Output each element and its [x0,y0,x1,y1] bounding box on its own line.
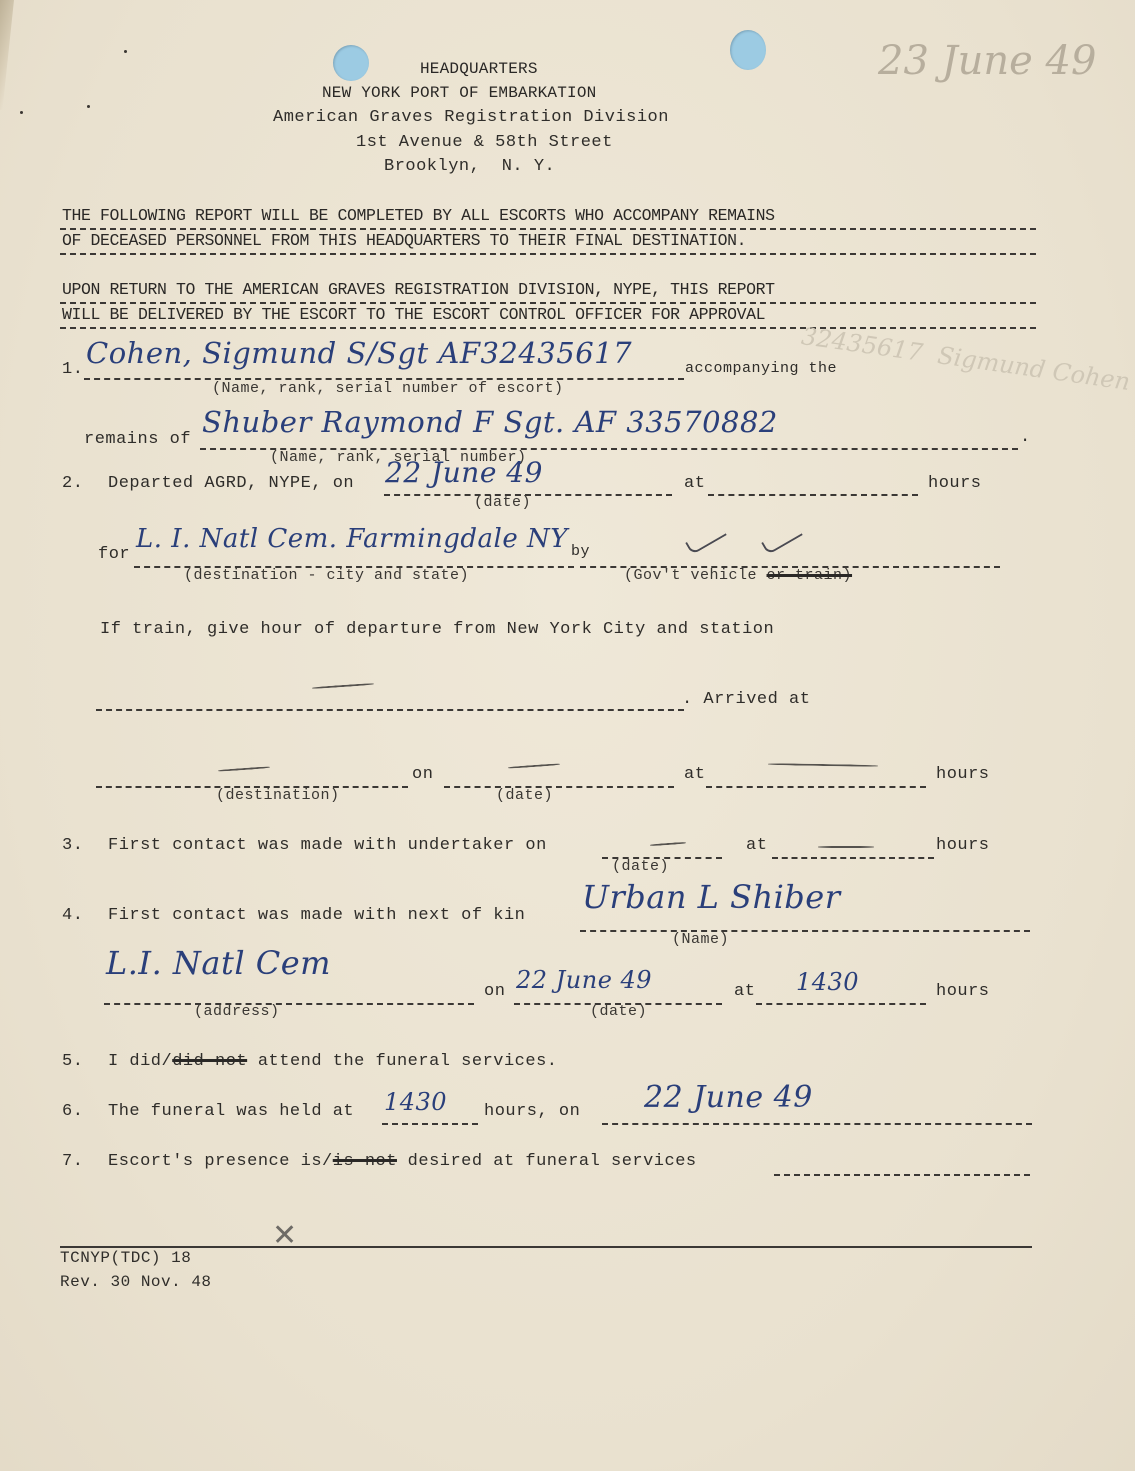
departed-label: Departed AGRD, NYPE, on [108,474,354,493]
form-revision: Rev. 30 Nov. 48 [60,1273,212,1291]
departed-time-underline [708,494,918,496]
punch-hole-right [730,30,766,70]
speck [87,105,90,108]
item1-number: 1. [62,360,83,379]
escort-caption: (Name, rank, serial number of escort) [212,380,564,397]
item6-number: 6. [62,1102,83,1121]
vehicle-caption-kept: (Gov't vehicle [624,567,767,584]
instruction-para1-line1: THE FOLLOWING REPORT WILL BE COMPLETED B… [62,206,775,225]
item1-after-text: accompanying the [685,360,837,377]
undertaker-label: First contact was made with undertaker o… [108,836,547,855]
train-instruction: If train, give hour of departure from Ne… [100,620,774,639]
item5-number: 5. [62,1052,83,1071]
for-label: for [98,545,130,564]
instruction-para1-line2: OF DECEASED PERSONNEL FROM THIS HEADQUAR… [62,231,746,250]
underline [60,228,1036,230]
pencil-date-annotation: 23 June 49 [878,38,1096,84]
header-address: 1st Avenue & 58th Street [356,133,613,152]
kin-name-underline [580,930,1030,932]
remains-label: remains of [84,430,191,449]
attended-prefix: I did/ [108,1052,172,1071]
kin-name-caption: (Name) [672,931,729,948]
item7-number: 7. [62,1152,83,1171]
undertaker-time-underline [772,857,934,859]
kin-at-label: at [734,982,755,1001]
undertaker-at-label: at [746,836,767,855]
dash-mark [218,766,270,772]
escort-presence-statement: Escort's presence is/is not desired at f… [108,1152,697,1171]
item4-number: 4. [62,906,83,925]
form-number: TCNYP(TDC) 18 [60,1249,191,1267]
by-label: by [571,543,590,560]
dash-mark [650,842,686,847]
kin-time-field[interactable]: 1430 [796,968,859,996]
funeral-hours-on-label: hours, on [484,1102,580,1121]
checkmark [761,523,803,555]
arrival-destination-caption: (destination) [216,787,340,804]
funeral-time-field[interactable]: 1430 [384,1088,447,1116]
kin-address-caption: (address) [194,1003,280,1020]
dash-mark [768,763,878,767]
escort-name-field[interactable]: Cohen, Sigmund S/Sgt AF32435617 [86,336,632,370]
presence-struck: is not [333,1152,397,1171]
arrival-date-caption: (date) [496,787,553,804]
vehicle-caption: (Gov't vehicle or train) [624,567,852,584]
kin-on-label: on [484,982,505,1001]
instruction-para2-line2: WILL BE DELIVERED BY THE ESCORT TO THE E… [62,305,765,324]
remains-period: . [1020,428,1031,447]
kin-address-field[interactable]: L.I. Natl Cem [106,944,331,982]
undertaker-hours-label: hours [936,836,990,855]
attended-statement: I did/did not attend the funeral service… [108,1052,558,1071]
kin-address-underline [104,1003,474,1005]
dash-mark [818,846,874,848]
departed-at-label: at [684,474,705,493]
arrival-at-label: at [684,765,705,784]
funeral-date-underline [602,1123,1032,1125]
checkmark [685,523,727,555]
arrival-time-underline [706,786,926,788]
page-edge-shadow [0,0,14,110]
instruction-para2-line1: UPON RETURN TO THE AMERICAN GRAVES REGIS… [62,280,775,299]
footer-rule [60,1246,1032,1248]
destination-field[interactable]: L. I. Natl Cem. Farmingdale NY [136,524,568,554]
header-port: NEW YORK PORT OF EMBARKATION [322,84,596,102]
arrival-on-label: on [412,765,433,784]
attended-suffix: attend the funeral services. [247,1052,557,1071]
underline [60,253,1036,255]
funeral-date-field[interactable]: 22 June 49 [644,1080,813,1115]
header-division: American Graves Registration Division [273,108,669,127]
funeral-time-underline [382,1123,478,1125]
departed-date-caption: (date) [474,494,531,511]
kin-time-underline [756,1003,926,1005]
underline [60,327,1036,329]
presence-underline [774,1174,1030,1176]
arrival-date-underline [444,786,674,788]
funeral-held-label: The funeral was held at [108,1102,354,1121]
punch-hole-left [333,45,369,81]
underline [60,302,1036,304]
departed-date-field[interactable]: 22 June 49 [385,456,543,489]
kin-date-caption: (date) [590,1003,647,1020]
presence-suffix: desired at funeral services [397,1152,697,1171]
header-city: Brooklyn, N. Y. [384,157,555,176]
faint-pencil-note: 32435617 Sigmund Cohen [800,322,1132,396]
kin-date-field[interactable]: 22 June 49 [516,966,652,994]
item3-number: 3. [62,836,83,855]
speck [124,50,127,53]
dash-mark [508,763,560,769]
arrival-hours-label: hours [936,765,990,784]
arrived-label: . Arrived at [682,690,810,709]
departed-hours-label: hours [928,474,982,493]
scanned-form-page: 23 June 49 HEADQUARTERS NEW YORK PORT OF… [0,0,1135,1471]
header-headquarters: HEADQUARTERS [420,60,538,78]
presence-prefix: Escort's presence is/ [108,1152,333,1171]
kin-name-field[interactable]: Urban L Shiber [582,878,841,916]
speck [20,111,23,114]
attended-struck: did not [172,1052,247,1071]
item2-number: 2. [62,474,83,493]
next-of-kin-label: First contact was made with next of kin [108,906,525,925]
remains-name-field[interactable]: Shuber Raymond F Sgt. AF 33570882 [202,405,778,439]
vehicle-caption-struck: or train) [767,567,853,584]
train-station-underline [96,709,684,711]
kin-hours-label: hours [936,982,990,1001]
dash-mark [312,683,374,689]
destination-caption: (destination - city and state) [184,567,469,584]
undertaker-date-caption: (date) [612,858,669,875]
